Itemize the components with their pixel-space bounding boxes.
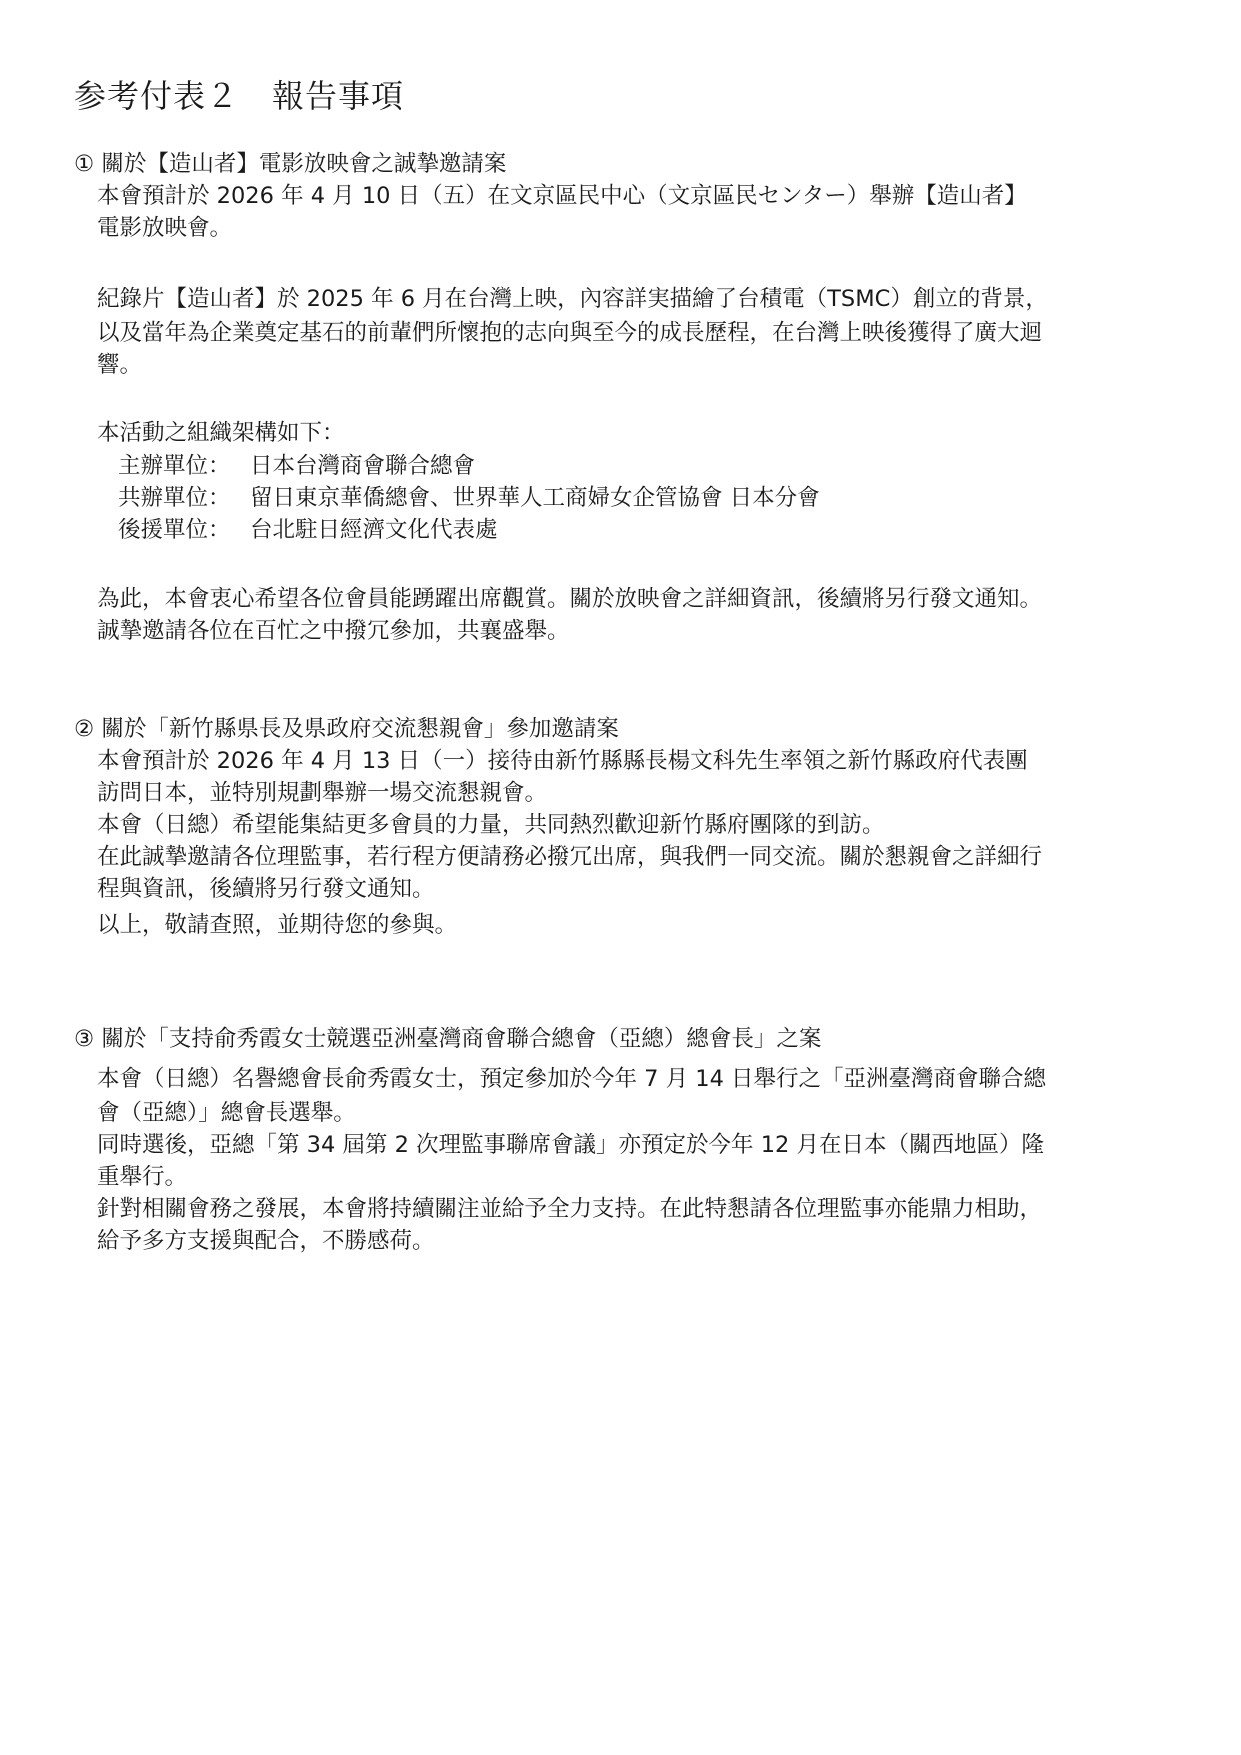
section-3-line-2: 會（亞總）」總會長選舉。 <box>97 1097 356 1129</box>
section-1-paragraph-2-line-2: 以及當年為企業奠定基石的前輩們所懷抱的志向與至今的成長歷程，在台灣上映後獲得了廣… <box>97 317 1042 349</box>
section-3-line-5: 針對相關會務之發展，本會將持續關注並給予全力支持。在此特懇請各位理監事亦能鼎力相… <box>97 1193 1042 1225</box>
section-2-heading: ② 關於「新竹縣県長及県政府交流懇親會」參加邀請案 <box>74 713 619 745</box>
org-value: 留日東京華僑總會、世界華人工商婦女企管協會 日本分會 <box>250 485 820 511</box>
org-item-sponsor: 後援單位：台北駐日經濟文化代表處 <box>118 514 498 546</box>
org-structure-intro: 本活動之組織架構如下： <box>97 417 345 449</box>
section-3-heading: ③ 關於「支持俞秀霞女士競選亞洲臺灣商會聯合總會（亞總）總會長」之案 <box>74 1023 821 1055</box>
section-2-line-6: 以上，敬請查照，並期待您的參與。 <box>97 909 457 941</box>
section-3-line-1: 本會（日總）名譽總會長俞秀霞女士，預定參加於今年 7 月 14 日舉行之「亞洲臺… <box>97 1063 1046 1095</box>
section-2-line-5: 程與資訊，後續將另行發文通知。 <box>97 873 435 905</box>
section-2-line-2: 訪問日本，並特別規劃舉辦一場交流懇親會。 <box>97 777 547 809</box>
org-label: 後援單位： <box>118 514 250 546</box>
org-label: 主辦單位： <box>118 450 250 482</box>
section-1-paragraph-1-line-2: 電影放映會。 <box>97 212 232 244</box>
org-label: 共辦單位： <box>118 482 250 514</box>
section-1-paragraph-2-line-1: 紀錄片【造山者】於 2025 年 6 月在台灣上映，內容詳実描繪了台積電（TSM… <box>97 283 1048 315</box>
page-title: 参考付表２ 報告事項 <box>74 74 404 118</box>
section-2-line-4: 在此誠摯邀請各位理監事，若行程方便請務必撥冗出席，與我們一同交流。關於懇親會之詳… <box>97 841 1042 873</box>
section-1-paragraph-3-line-1: 為此，本會衷心希望各位會員能踴躍出席觀賞。關於放映會之詳細資訊，後續將另行發文通… <box>97 583 1042 615</box>
section-1-heading: ① 關於【造山者】電影放映會之誠摯邀請案 <box>74 148 506 180</box>
section-3-line-4: 重舉行。 <box>97 1161 187 1193</box>
section-1-paragraph-3-line-2: 誠摯邀請各位在百忙之中撥冗參加，共襄盛舉。 <box>97 615 570 647</box>
section-2-line-3: 本會（日總）希望能集結更多會員的力量，共同熱烈歡迎新竹縣府團隊的到訪。 <box>97 809 885 841</box>
section-3-line-6: 給予多方支援與配合，不勝感荷。 <box>97 1225 435 1257</box>
org-value: 台北駐日經濟文化代表處 <box>250 517 498 543</box>
section-2-line-1: 本會預計於 2026 年 4 月 13 日（一）接待由新竹縣縣長楊文科先生率領之… <box>97 745 1028 777</box>
section-1-paragraph-2-line-3: 響。 <box>97 349 142 381</box>
org-item-co-host: 共辦單位：留日東京華僑總會、世界華人工商婦女企管協會 日本分會 <box>118 482 820 514</box>
section-1-paragraph-1-line-1: 本會預計於 2026 年 4 月 10 日（五）在文京區民中心（文京區民センター… <box>97 180 1027 212</box>
org-value: 日本台灣商會聯合總會 <box>250 453 475 479</box>
org-item-host: 主辦單位：日本台灣商會聯合總會 <box>118 450 475 482</box>
section-3-line-3: 同時選後，亞總「第 34 屆第 2 次理監事聯席會議」亦預定於今年 12 月在日… <box>97 1129 1044 1161</box>
